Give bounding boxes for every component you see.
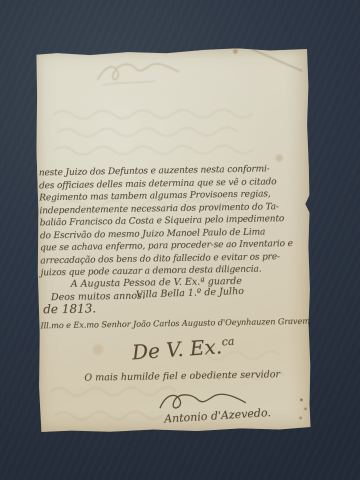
closing-year-line: de 1813. [43,301,96,316]
letter-body: neste Juizo dos Defuntos e auzentes nest… [34,47,314,435]
handwritten-line: des officiaes delles mais determina que … [39,177,277,191]
handwritten-line: arrecadação dos bens do dito fallecido e… [40,252,280,266]
handwritten-line: balião Francisco da Costa e Siqueira pel… [40,214,285,228]
handwritten-line: do Escrivão do mesmo Juizo Manoel Paulo … [40,227,265,241]
addressee-line: Ill.mo e Ex.mo Senhor João Carlos August… [40,315,329,330]
courtesy-flourish: De V. Ex.ca [131,333,235,364]
handwritten-line: Regimento mas tambem algumas Provisoens … [39,189,270,203]
courtesy-text: De V. Ex. [131,334,223,364]
courtesy-superscript: ca [221,335,235,349]
handwritten-line: neste Juizo dos Defuntos e auzentes nest… [39,164,270,178]
closing-place-date-line: Villa Bella 1.º de Julho [136,286,244,301]
handwritten-line: independentemente necessaria dos provime… [39,202,278,216]
photo-background: neste Juizo dos Defuntos e auzentes nest… [0,0,360,480]
manuscript-paper: neste Juizo dos Defuntos e auzentes nest… [35,48,311,433]
valediction-line: O mais humilde fiel e obediente servidor [84,369,280,383]
